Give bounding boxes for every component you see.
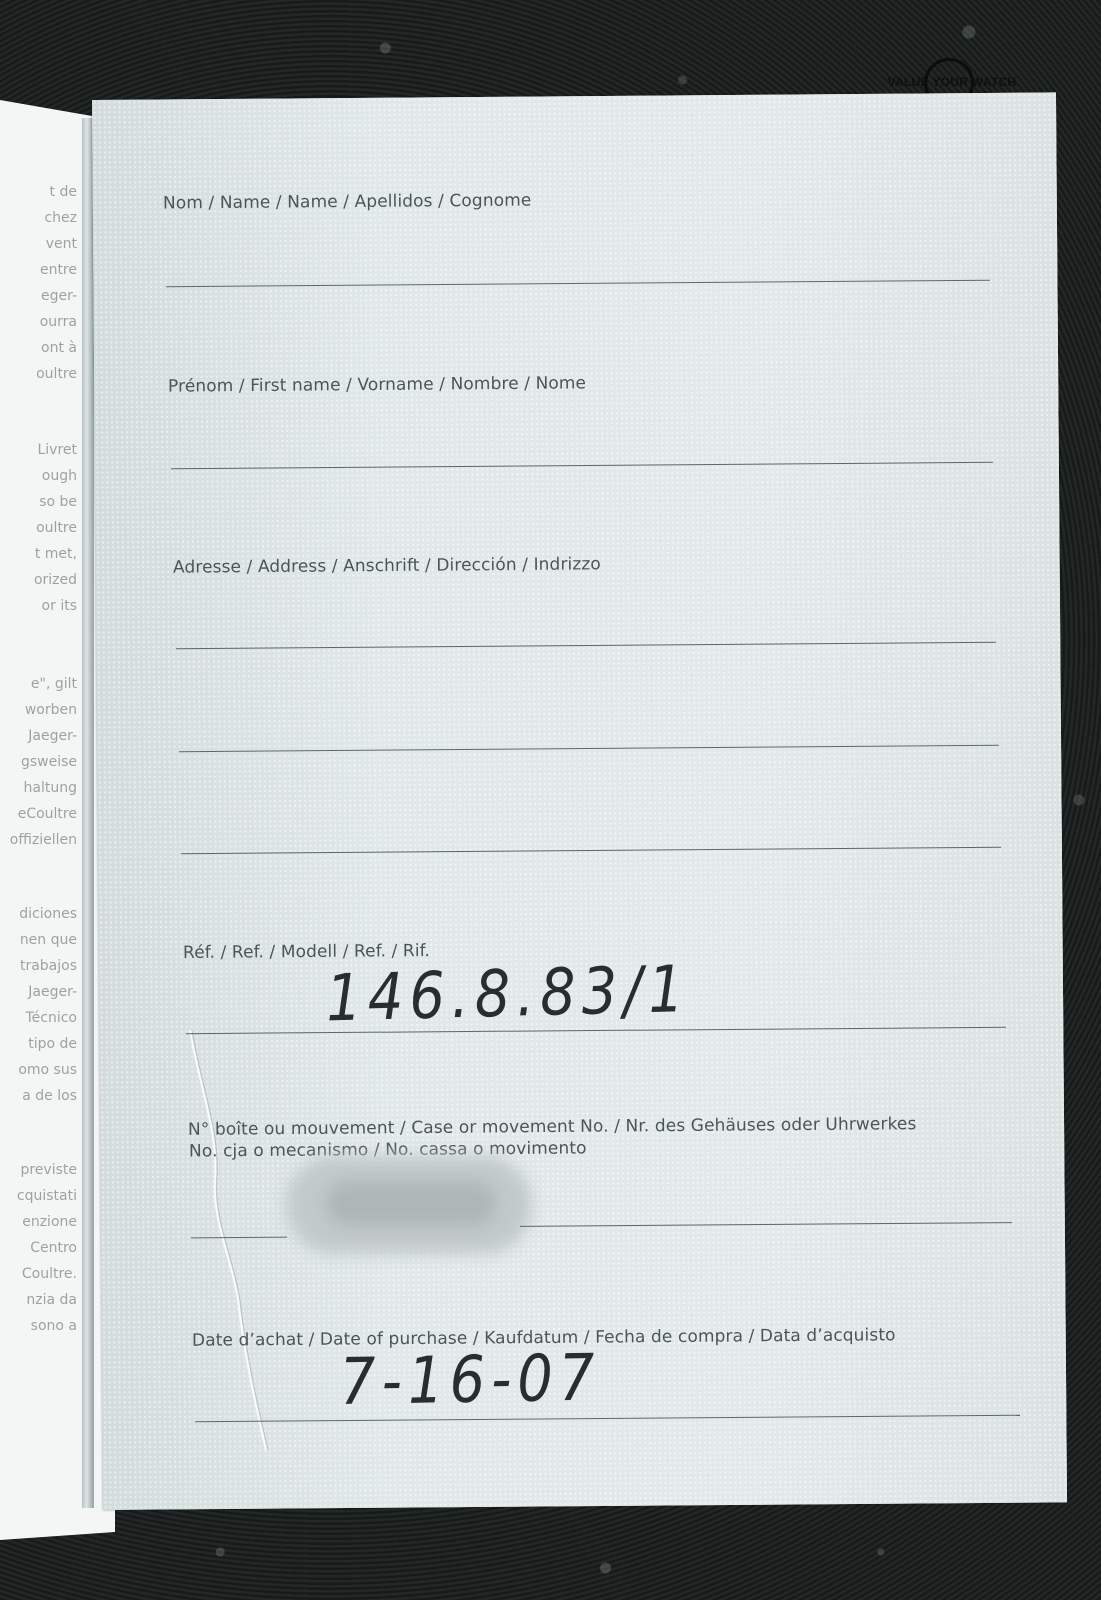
left-page-text-line: nen que [20,932,77,948]
left-page-text-line: Técnico [25,1010,77,1026]
left-page-text-line: oultre [36,520,77,536]
purchase-date-value[interactable]: 7-16-07 [339,1341,601,1420]
warranty-form-page [92,92,1067,1510]
left-page-text-line: Coultre. [22,1266,77,1282]
left-page-text-line: cquistati [17,1188,77,1204]
left-page-text-line: enzione [22,1214,77,1230]
left-page-text-line: e", gilt [31,676,77,692]
left-page-text-line: diciones [19,906,77,922]
surname-label: Nom / Name / Name / Apellidos / Cognome [163,191,532,214]
reference-value[interactable]: 146.8.83/1 [325,952,691,1036]
left-page-text-line: ough [42,468,77,484]
left-page-text-line: Centro [30,1240,77,1256]
left-page-text-line: or its [42,598,77,614]
left-page-text-line: nzia da [26,1292,77,1308]
left-page-text-line: omo sus [18,1062,77,1078]
left-page-text-line: eCoultre [18,806,77,822]
left-page-text-line: haltung [24,780,77,796]
left-page-text-line: Livret [37,442,77,458]
left-page-text-line: so be [39,494,77,510]
left-page-text-line: offiziellen [10,832,77,848]
left-page-text-line: ont à [41,340,77,356]
left-page-text-line: t de [50,184,77,200]
left-page-text-line: Jaeger- [28,984,77,1000]
left-page-text-line: trabajos [20,958,77,974]
left-page-text-line: oultre [36,366,77,382]
left-page-text-line: eger- [41,288,77,304]
left-page-text-line: entre [40,262,77,278]
left-page-text-line: previste [20,1162,77,1178]
booklet-binding [82,118,94,1508]
left-page-text-line: t met, [35,546,77,562]
left-page-text-line: gsweise [21,754,77,770]
left-page-text-line: chez [44,210,77,226]
left-page-text-line: worben [25,702,77,718]
left-page-text-line: sono a [31,1318,77,1334]
left-page-text-line: tipo de [28,1036,77,1052]
left-page-text-line: Jaeger- [28,728,77,744]
left-page-text-line: orized [34,572,77,588]
address-label: Adresse / Address / Anschrift / Direcció… [173,554,601,577]
left-page-text-line: vent [46,236,77,252]
left-page-text-line: ourra [40,314,77,330]
left-page-text-line: a de los [22,1088,77,1104]
redacted-case-number [286,1156,532,1254]
first-name-label: Prénom / First name / Vorname / Nombre /… [168,373,586,396]
